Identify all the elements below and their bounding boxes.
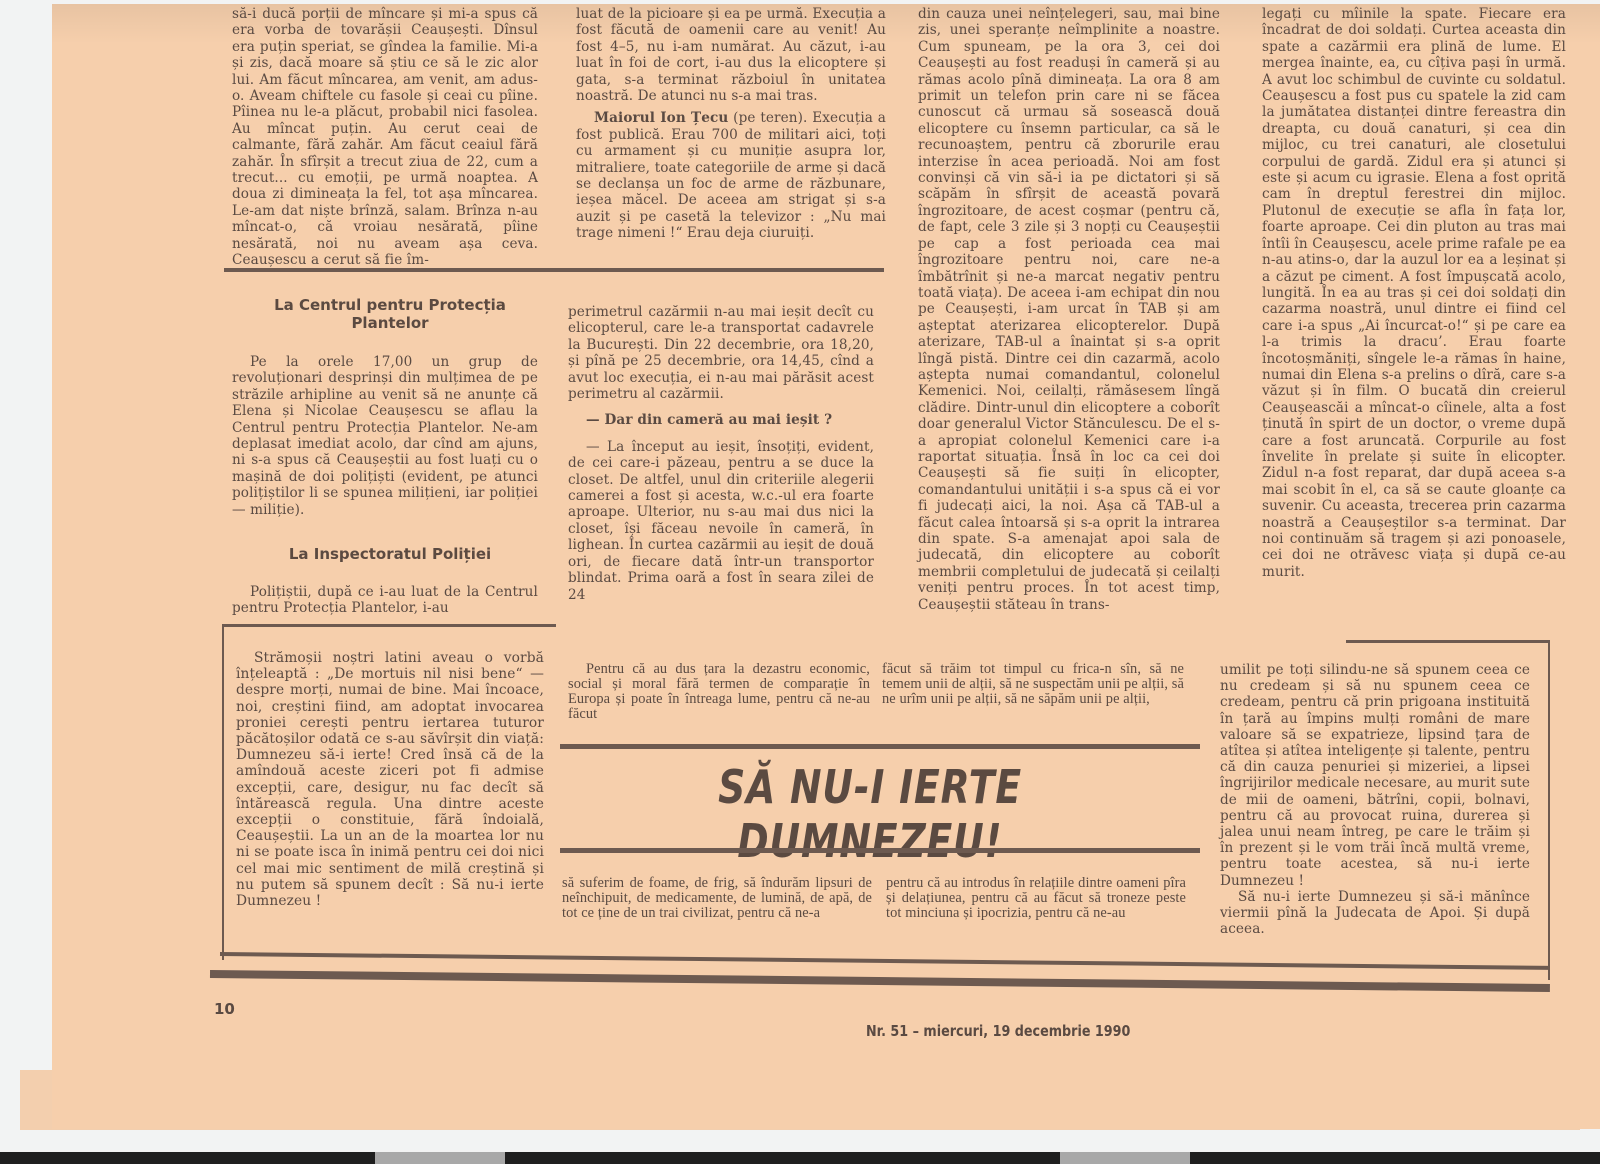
article-text: Pe la orele 17,00 un grup de revoluționa… [232,354,538,518]
section-divider [224,268,884,272]
editorial-box-top-border [224,624,556,627]
editorial-text-top-a: Pentru că au dus țara la dezastru econom… [568,662,870,722]
editorial-box-top-border-right [1346,640,1550,643]
editorial-closing: Să nu-i ierte Dumnezeu și să-i mănînce v… [1220,889,1530,938]
scanner-bed-edge [0,1152,1600,1164]
editorial-text: Pentru că au dus țara la dezastru econom… [568,662,870,722]
subheading-protectia-plantelor: La Centrul pentru Protecția Plantelor [240,296,540,332]
article-column-4: legați cu mîinile la spate. Fiecare era … [1262,6,1566,580]
middle-column-1b: Polițiștii, după ce i-au luat de la Cent… [232,584,538,617]
editorial-text-top-b: făcut să trăim tot timpul cu frica-n sîn… [882,662,1184,707]
article-text: perimetrul cazărmii n-au mai ieșit decît… [568,304,874,402]
speaker-name: Maiorul Ion Țecu [594,110,728,126]
editorial-text: făcut să trăim tot timpul cu frica-n sîn… [882,662,1184,707]
editorial-box-left-border [222,624,224,960]
page-number: 10 [214,1000,235,1018]
editorial-right-column: umilit pe toți silindu-ne să spunem ceea… [1220,662,1530,937]
article-column-1: să-i ducă porții de mîncare și mi-a spus… [232,6,538,269]
editorial-text: Strămoșii noștri latini aveau o vorbă în… [236,650,544,909]
middle-column-2: perimetrul cazărmii n-au mai ieșit decît… [568,304,874,603]
editorial-text: umilit pe toți silindu-ne să spunem ceea… [1220,662,1530,889]
article-column-2: luat de la picioare și ea pe urmă. Execu… [576,6,886,242]
subheading-inspectoratul-politiei: La Inspectoratul Poliției [240,545,540,563]
article-text: luat de la picioare și ea pe urmă. Execu… [576,6,886,104]
editorial-text-bottom-a: să suferim de foame, de frig, să îndurăm… [562,876,872,921]
title-rule-bottom [560,848,1200,853]
article-text: să-i ducă porții de mîncare și mi-a spus… [232,6,538,269]
article-text-interview: Maiorul Ion Țecu (pe teren). Execuția a … [576,110,886,241]
editorial-text: să suferim de foame, de frig, să îndurăm… [562,876,872,921]
article-text: Polițiștii, după ce i-au luat de la Cent… [232,584,538,617]
editorial-text-bottom-b: pentru că au introdus în relațiile dintr… [886,876,1186,921]
article-text: — La început au ieșit, însoțiți, evident… [568,439,874,603]
editorial-text: pentru că au introdus în relațiile dintr… [886,876,1186,921]
article-text: din cauza unei neînțelegeri, sau, mai bi… [918,6,1220,613]
editorial-intro-column: Strămoșii noștri latini aveau o vorbă în… [236,650,544,909]
article-column-3: din cauza unei neînțelegeri, sau, mai bi… [918,6,1220,613]
interview-question: — Dar din cameră au mai ieșit ? [568,412,874,428]
title-rule-top [560,744,1200,749]
issue-date: Nr. 51 – miercuri, 19 decembrie 1990 [866,1022,1130,1040]
article-text: legați cu mîinile la spate. Fiecare era … [1262,6,1566,580]
middle-column-1: Pe la orele 17,00 un grup de revoluționa… [232,354,538,518]
editorial-box-right-border [1548,640,1550,980]
